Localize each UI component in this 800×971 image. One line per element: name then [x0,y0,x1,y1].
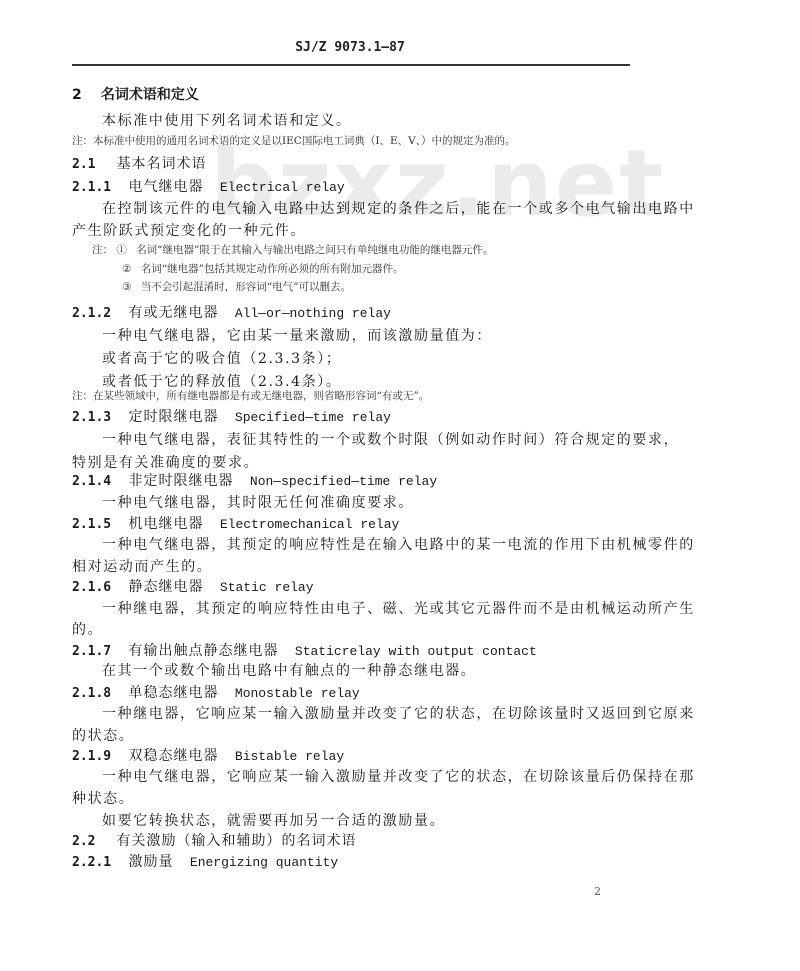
term-zh: 定时限继电器 [128,409,218,425]
note-label: 注： [92,244,113,256]
term-zh: 电气继电器 [128,179,203,195]
term-number: 2.1.9 [72,749,124,764]
term-en: Specified—time relay [235,410,391,425]
term-heading-2-1-7: 2.1.7 有输出触点静态继电器 Staticrelay with output… [72,640,537,660]
intro-note: 注：本标准中使用的通用名词术语的定义是以IEC国际电工词典（I、E、V、）中的规… [72,133,516,148]
note-marker: ① [116,244,127,256]
section-title: 名词术语和定义 [101,87,199,103]
term-en: Electrical relay [220,180,345,195]
term-body-line: 特别是有关准确度的要求。 [72,452,259,472]
term-number: 2.2.1 [72,855,124,870]
subsection-heading-2-2: 2.2 有关激励（输入和辅助）的名词术语 [72,830,356,850]
term-number: 2.1.7 [72,644,124,659]
term-heading-2-1-3: 2.1.3 定时限继电器 Specified—time relay [72,406,391,426]
term-heading-2-1-4: 2.1.4 非定时限继电器 Non—specified—time relay [72,470,437,490]
subsection-number: 2.1 [72,157,112,172]
term-heading-2-1-2: 2.1.2 有或无继电器 All—or—nothing relay [72,302,391,322]
note-text: 当不会引起混淆时，形容词“电气”可以删去。 [141,281,351,293]
term-body-line: 一种电气继电器，表征其特性的一个或数个时限（例如动作时间）符合规定的要求， [102,429,679,449]
term-body-line: 如要它转换状态，就需要再加另一合适的激励量。 [102,810,445,830]
section-number: 2 [72,87,96,103]
term-number: 2.1.2 [72,306,124,321]
term-body-line: 种状态。 [72,788,134,808]
term-en: All—or—nothing relay [235,306,391,321]
term-number: 2.1.4 [72,474,124,489]
document-page: SJ/Z 9073.1—87 2 名词术语和定义 本标准中使用下列名词术语和定义… [0,0,800,971]
term-body-line: 的。 [72,619,103,639]
term-en: Staticrelay with output contact [295,644,537,659]
term-number: 2.1.8 [72,686,124,701]
term-body-line: 一种电气继电器，它由某一量来激励，而该激励量值为： [102,325,492,345]
term-heading-2-1-9: 2.1.9 双稳态继电器 Bistable relay [72,745,344,765]
term-note: ③ 当不会引起混淆时，形容词“电气”可以删去。 [122,279,351,294]
term-heading-2-1-5: 2.1.5 机电继电器 Electromechanical relay [72,513,399,533]
note-text: 名词“继电器”包括其规定动作所必须的所有附加元器件。 [141,263,404,275]
subsection-title: 有关激励（输入和辅助）的名词术语 [116,833,356,849]
note-marker: ③ [122,281,131,293]
term-body-line: 一种继电器，其预定的响应特性由电子、磁、光或其它元器件而不是由机械运动所产生 [102,598,695,618]
term-heading-2-1-6: 2.1.6 静态继电器 Static relay [72,576,314,596]
term-body-line: 一种继电器，它响应某一输入激励量并改变了它的状态，在切除该量时又返回到它原来 [102,703,695,723]
subsection-title: 基本名词术语 [116,156,206,172]
term-body-line: 相对运动而产生的。 [72,556,212,576]
term-heading-2-2-1: 2.2.1 激励量 Energizing quantity [72,851,338,871]
term-body-line: 一种电气继电器，其预定的响应特性是在输入电路中的某一电流的作用下由机械零件的 [102,534,695,554]
term-heading-2-1-8: 2.1.8 单稳态继电器 Monostable relay [72,682,360,702]
term-number: 2.1.1 [72,180,124,195]
term-zh: 非定时限继电器 [128,473,233,489]
term-note: 注：在某些领域中，所有继电器都是有或无继电器，则省略形容词“有或无”。 [72,388,429,403]
page-number: 2 [594,885,601,898]
standard-code: SJ/Z 9073.1—87 [0,40,700,55]
term-body-line: 在控制该元件的电气输入电路中达到规定的条件之后，能在一个或多个电气输出电路中 [102,198,695,218]
note-text: 名词“继电器”限于在其输入与输出电路之间只有单纯继电功能的继电器元件。 [136,244,493,256]
term-body-line: 在其一个或数个输出电路中有触点的一种静态继电器。 [102,660,476,680]
intro-text: 本标准中使用下列名词术语和定义。 [102,110,352,130]
term-en: Non—specified—time relay [250,474,437,489]
term-zh: 有或无继电器 [128,305,218,321]
term-en: Energizing quantity [190,855,338,870]
term-heading-2-1-1: 2.1.1 电气继电器 Electrical relay [72,176,345,196]
term-body-line: 一种电气继电器，它响应某一输入激励量并改变了它的状态，在切除该量后仍保持在那 [102,766,695,786]
term-note: 注： ① 名词“继电器”限于在其输入与输出电路之间只有单纯继电功能的继电器元件。 [92,242,493,257]
term-number: 2.1.6 [72,580,124,595]
term-en: Static relay [220,580,314,595]
term-note: ② 名词“继电器”包括其规定动作所必须的所有附加元器件。 [122,261,404,276]
term-number: 2.1.5 [72,517,124,532]
term-zh: 静态继电器 [128,579,203,595]
term-zh: 双稳态继电器 [128,748,218,764]
term-zh: 有输出触点静态继电器 [128,643,278,659]
term-en: Monostable relay [235,686,360,701]
subsection-heading-2-1: 2.1 基本名词术语 [72,153,206,173]
term-body-line: 的状态。 [72,725,134,745]
header-rule [72,64,630,66]
note-marker: ② [122,263,131,275]
subsection-number: 2.2 [72,834,112,849]
term-body-line: 或者高于它的吸合值（2.3.3条）； [102,348,341,368]
section-heading: 2 名词术语和定义 [72,84,199,104]
term-body-line: 产生阶跃式预定变化的一种元件。 [72,220,306,240]
term-number: 2.1.3 [72,410,124,425]
term-en: Electromechanical relay [220,517,399,532]
term-zh: 激励量 [128,854,173,870]
term-zh: 机电继电器 [128,516,203,532]
term-body-line: 一种电气继电器，其时限无任何准确度要求。 [102,492,414,512]
term-zh: 单稳态继电器 [128,685,218,701]
term-en: Bistable relay [235,749,344,764]
